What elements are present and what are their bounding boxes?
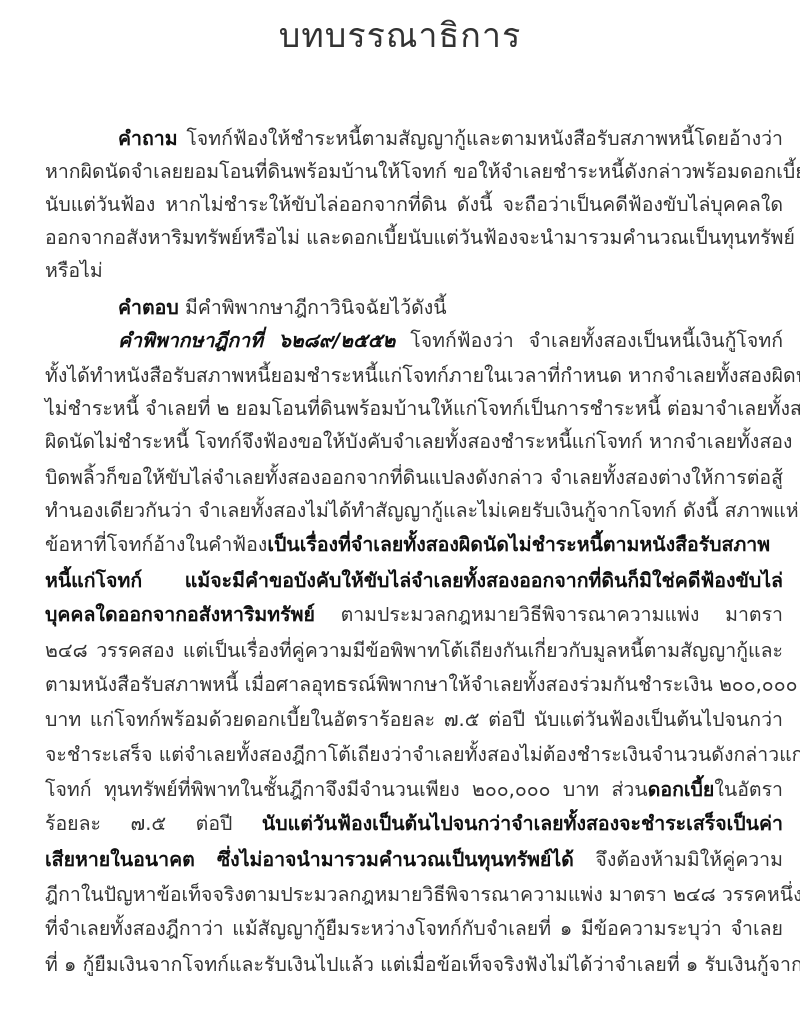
text-line: ที่จำเลยทั้งสองฎีกาว่า แม้สัญญากู้ยืมระห… bbox=[45, 914, 783, 944]
body-text: ที่ ๑ กู้ยืมเงินจากโจทก์และรับเงินไปแล้ว… bbox=[45, 953, 800, 976]
body-text: ทำนองเดียวกันว่า จำเลยทั้งสองไม่ได้ทำสัญ… bbox=[45, 499, 800, 522]
body-text: โจทก์ฟ้องว่า จำเลยทั้งสองเป็นหนี้เงินกู้… bbox=[395, 329, 783, 352]
emphasized-text: เป็นเรื่องที่จำเลยทั้งสองผิดนัดไม่ชำระหน… bbox=[267, 533, 770, 556]
text-line: หนี้แก่โจทก์ แม้จะมีคำขอบังคับให้ขับไล่จ… bbox=[45, 566, 783, 596]
text-line: นับแต่วันฟ้อง หากไม่ชำระให้ขับไล่ออกจากท… bbox=[45, 190, 783, 220]
text-line: ตามหนังสือรับสภาพหนี้ เมื่อศาลอุทธรณ์พิพ… bbox=[45, 670, 783, 700]
body-text: โจทก์ ทุนทรัพย์ที่พิพาทในชั้นฎีกาจึงมีจำ… bbox=[45, 778, 648, 801]
body-text: บาท แก่โจทก์พร้อมด้วยดอกเบี้ยในอัตราร้อย… bbox=[45, 708, 783, 731]
body-text: โจทก์ฟ้องให้ชำระหนี้ตามสัญญากู้และตามหนั… bbox=[178, 127, 783, 150]
emphasized-text: บุคคลใดออกจากอสังหาริมทรัพย์ bbox=[45, 603, 315, 626]
emphasized-text: นับแต่วันฟ้องเป็นต้นไปจนกว่าจำเลยทั้งสอง… bbox=[262, 812, 783, 835]
body-text: ออกจากอสังหาริมทรัพย์หรือไม่ และดอกเบี้ย… bbox=[45, 226, 795, 249]
text-line: ออกจากอสังหาริมทรัพย์หรือไม่ และดอกเบี้ย… bbox=[45, 223, 783, 253]
emphasized-text: คำตอบ bbox=[118, 296, 179, 319]
text-line: ผิดนัดไม่ชำระหนี้ โจทก์จึงฟ้องขอให้บังคั… bbox=[45, 427, 783, 457]
body-text: ตามประมวลกฎหมายวิธีพิจารณาความแพ่ง มาตรา bbox=[315, 603, 783, 626]
body-text: ที่จำเลยทั้งสองฎีกาว่า แม้สัญญากู้ยืมระห… bbox=[45, 917, 783, 940]
text-line: คำถาม โจทก์ฟ้องให้ชำระหนี้ตามสัญญากู้และ… bbox=[118, 124, 783, 154]
body-text: ไม่ชำระหนี้ จำเลยที่ ๒ ยอมโอนที่ดินพร้อม… bbox=[45, 397, 800, 420]
text-line: ๒๔๘ วรรคสอง แต่เป็นเรื่องที่คู่ความมีข้อ… bbox=[45, 636, 783, 666]
text-line: บิดพลิ้วก็ขอให้ขับไล่จำเลยทั้งสองออกจากท… bbox=[45, 463, 783, 493]
text-line: ไม่ชำระหนี้ จำเลยที่ ๒ ยอมโอนที่ดินพร้อม… bbox=[45, 394, 783, 424]
emphasized-text: เสียหายในอนาคต ซึ่งไม่อาจนำมารวมคำนวณเป็… bbox=[45, 848, 574, 871]
body-text: นับแต่วันฟ้อง หากไม่ชำระให้ขับไล่ออกจากท… bbox=[45, 193, 783, 216]
text-line: หรือไม่ bbox=[45, 256, 783, 286]
text-line: บุคคลใดออกจากอสังหาริมทรัพย์ ตามประมวลกฎ… bbox=[45, 600, 783, 630]
body-text: ข้อหาที่โจทก์อ้างในคำฟ้อง bbox=[45, 533, 267, 556]
body-text: บิดพลิ้วก็ขอให้ขับไล่จำเลยทั้งสองออกจากท… bbox=[45, 466, 783, 489]
emphasized-text: ดอกเบี้ย bbox=[648, 778, 715, 801]
body-text: ตามหนังสือรับสภาพหนี้ เมื่อศาลอุทธรณ์พิพ… bbox=[45, 673, 798, 696]
body-text: มีคำพิพากษาฎีกาวินิจฉัยไว้ดังนี้ bbox=[179, 296, 447, 319]
body-text: ร้อยละ ๗.๕ ต่อปี bbox=[45, 812, 262, 835]
emphasized-text: หนี้แก่โจทก์ แม้จะมีคำขอบังคับให้ขับไล่จ… bbox=[45, 569, 783, 592]
body-text: หากผิดนัดจำเลยยอมโอนที่ดินพร้อมบ้านให้โจ… bbox=[45, 160, 800, 183]
text-line: หากผิดนัดจำเลยยอมโอนที่ดินพร้อมบ้านให้โจ… bbox=[45, 157, 783, 187]
body-text: จึงต้องห้ามมิให้คู่ความ bbox=[574, 848, 783, 871]
page-title: บทบรรณาธิการ bbox=[0, 8, 800, 62]
text-line: ทำนองเดียวกันว่า จำเลยทั้งสองไม่ได้ทำสัญ… bbox=[45, 496, 783, 526]
body-text: ๒๔๘ วรรคสอง แต่เป็นเรื่องที่คู่ความมีข้อ… bbox=[45, 639, 783, 662]
body-text: ในอัตรา bbox=[714, 778, 783, 801]
body-text: ทั้งได้ทำหนังสือรับสภาพหนี้ยอมชำระหนี้แก… bbox=[45, 364, 800, 387]
body-text: จะชำระเสร็จ แต่จำเลยทั้งสองฎีกาโต้เถียงว… bbox=[45, 743, 800, 766]
text-line: ร้อยละ ๗.๕ ต่อปี นับแต่วันฟ้องเป็นต้นไปจ… bbox=[45, 809, 783, 839]
body-text: หรือไม่ bbox=[45, 259, 103, 282]
text-line: บาท แก่โจทก์พร้อมด้วยดอกเบี้ยในอัตราร้อย… bbox=[45, 705, 783, 735]
emphasized-text: คำถาม bbox=[118, 127, 178, 150]
emphasized-text: คำพิพากษาฎีกาที่ ๖๒๘๙/๒๕๕๒ bbox=[118, 329, 395, 352]
text-line: คำตอบ มีคำพิพากษาฎีกาวินิจฉัยไว้ดังนี้ bbox=[118, 293, 783, 323]
body-text: ฎีกาในปัญหาข้อเท็จจริงตามประมวลกฎหมายวิธ… bbox=[45, 883, 800, 906]
text-line: ฎีกาในปัญหาข้อเท็จจริงตามประมวลกฎหมายวิธ… bbox=[45, 880, 783, 910]
text-line: จะชำระเสร็จ แต่จำเลยทั้งสองฎีกาโต้เถียงว… bbox=[45, 740, 783, 770]
text-line: ที่ ๑ กู้ยืมเงินจากโจทก์และรับเงินไปแล้ว… bbox=[45, 950, 783, 980]
text-line: คำพิพากษาฎีกาที่ ๖๒๘๙/๒๕๕๒ โจทก์ฟ้องว่า … bbox=[118, 326, 783, 356]
text-line: เสียหายในอนาคต ซึ่งไม่อาจนำมารวมคำนวณเป็… bbox=[45, 845, 783, 875]
text-line: ทั้งได้ทำหนังสือรับสภาพหนี้ยอมชำระหนี้แก… bbox=[45, 361, 783, 391]
text-line: โจทก์ ทุนทรัพย์ที่พิพาทในชั้นฎีกาจึงมีจำ… bbox=[45, 775, 783, 805]
body-text: ผิดนัดไม่ชำระหนี้ โจทก์จึงฟ้องขอให้บังคั… bbox=[45, 430, 792, 453]
text-line: ข้อหาที่โจทก์อ้างในคำฟ้องเป็นเรื่องที่จำ… bbox=[45, 530, 783, 560]
